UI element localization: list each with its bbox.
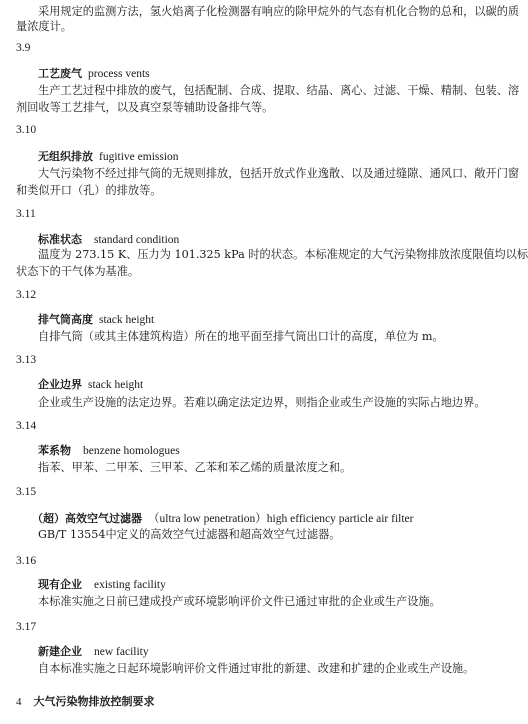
term-number: 3.9 <box>16 40 30 56</box>
term-cn: （超）高效空气过滤器 <box>32 512 142 525</box>
term-en: process vents <box>88 68 150 80</box>
term-en: benzene homologues <box>83 445 180 457</box>
term-definition-line: 温度为 273.15 K、压力为 101.325 kPa 时的状态。本标准规定的… <box>38 247 528 263</box>
term-cn: 排气筒高度 <box>38 313 93 326</box>
term-cn: 工艺废气 <box>38 67 82 80</box>
term-definition-line: 剂回收等工艺排气，以及真空泵等辅助设备排气等。 <box>16 100 273 116</box>
term-en: stack height <box>99 314 154 326</box>
term-number: 3.17 <box>16 619 36 635</box>
term-heading: 企业边界stack height <box>38 377 143 393</box>
term-number: 3.11 <box>16 206 36 222</box>
term-en: standard condition <box>94 234 179 246</box>
term-cn: 标准状态 <box>38 233 82 246</box>
section-title: 大气污染物排放控制要求 <box>34 695 155 708</box>
term-en: new facility <box>94 646 149 658</box>
intro-line-1: 采用规定的监测方法，氢火焰离子化检测器有响应的除甲烷外的气态有机化合物的总和，以… <box>38 4 519 20</box>
term-heading: 工艺废气process vents <box>38 66 150 82</box>
term-cn: 现有企业 <box>38 578 82 591</box>
term-definition-line: GB/T 13554中定义的高效空气过滤器和超高效空气过滤器。 <box>38 527 340 543</box>
intro-line-2: 量浓度计。 <box>16 19 72 35</box>
term-cn: 新建企业 <box>38 645 82 658</box>
term-definition-line: 生产工艺过程中排放的废气，包括配制、合成、提取、结晶、离心、过滤、干燥、精制、包… <box>38 83 519 99</box>
term-cn: 无组织排放 <box>38 150 93 163</box>
term-en: （ultra low penetration）high efficiency p… <box>148 513 413 525</box>
section-heading: 4大气污染物排放控制要求 <box>16 694 155 710</box>
term-number: 3.16 <box>16 553 36 569</box>
term-number: 3.10 <box>16 122 36 138</box>
section-number: 4 <box>16 696 22 708</box>
term-en: fugitive emission <box>99 151 179 163</box>
term-definition-line: 状态下的干气体为基准。 <box>16 264 139 280</box>
term-heading: 无组织排放fugitive emission <box>38 149 179 165</box>
term-number: 3.15 <box>16 484 36 500</box>
term-heading: 新建企业new facility <box>38 644 149 660</box>
term-number: 3.13 <box>16 352 36 368</box>
term-en: stack height <box>88 379 143 391</box>
term-definition-line: 企业或生产设施的法定边界。若难以确定法定边界，则指企业或生产设施的实际占地边界。 <box>38 395 486 411</box>
term-heading: 苯系物benzene homologues <box>38 443 180 459</box>
term-en: existing facility <box>94 579 166 591</box>
term-definition-line: 大气污染物不经过排气筒的无规则排放，包括开放式作业逸散、以及通过缝隙、通风口、敞… <box>38 166 519 182</box>
term-definition-line: 自本标准实施之日起环境影响评价文件通过审批的新建、改建和扩建的企业或生产设施。 <box>38 661 474 677</box>
term-number: 3.12 <box>16 287 36 303</box>
term-definition-line: 和类似开口（孔）的排放等。 <box>16 183 161 199</box>
term-definition-line: 指苯、甲苯、二甲苯、三甲苯、乙苯和苯乙烯的质量浓度之和。 <box>38 460 351 476</box>
term-number: 3.14 <box>16 418 36 434</box>
term-heading: 排气筒高度stack height <box>38 312 154 328</box>
term-heading: 标准状态standard condition <box>38 232 179 248</box>
term-cn: 企业边界 <box>38 378 82 391</box>
term-cn: 苯系物 <box>38 444 71 457</box>
term-heading: （超）高效空气过滤器（ultra low penetration）high ef… <box>38 511 413 527</box>
term-definition-line: 自排气筒（或其主体建筑构造）所在的地平面至排气筒出口计的高度，单位为 m。 <box>38 329 444 345</box>
term-heading: 现有企业existing facility <box>38 577 166 593</box>
term-definition-line: 本标准实施之日前已建成投产或环境影响评价文件已通过审批的企业或生产设施。 <box>38 594 441 610</box>
